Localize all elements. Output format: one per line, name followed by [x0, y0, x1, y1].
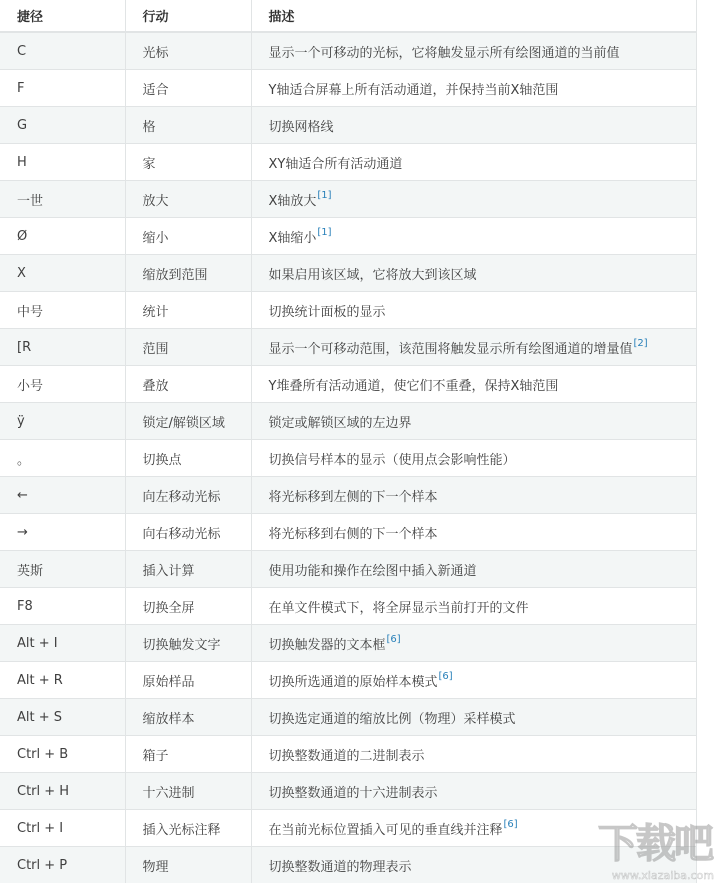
shortcut-cell: F8	[0, 588, 125, 625]
shortcut-cell: Ctrl + I	[0, 810, 125, 847]
description-text: 切换所选通道的原始样本模式	[269, 675, 438, 690]
action-cell: 切换触发文字	[125, 625, 251, 662]
table-row: 。切换点切换信号样本的显示（使用点会影响性能）	[0, 440, 696, 477]
action-cell: 放大	[125, 181, 251, 218]
table-row: G格切换网格线	[0, 107, 696, 144]
action-cell: 统计	[125, 292, 251, 329]
table-row: C光标显示一个可移动的光标，它将触发显示所有绘图通道的当前值	[0, 32, 696, 70]
shortcut-cell: ÿ	[0, 403, 125, 440]
shortcut-cell: [R	[0, 329, 125, 366]
description-text: 锁定或解锁区域的左边界	[269, 416, 412, 431]
table-row: [R范围显示一个可移动范围，该范围将触发显示所有绘图通道的增量值[2]	[0, 329, 696, 366]
table-row: Alt + S缩放样本切换选定通道的缩放比例（物理）采样模式	[0, 699, 696, 736]
description-text: XY轴适合所有活动通道	[269, 157, 403, 172]
table-row: 英斯插入计算使用功能和操作在绘图中插入新通道	[0, 551, 696, 588]
description-cell: 切换选定通道的缩放比例（物理）采样模式	[251, 699, 696, 736]
footnote-link[interactable]: [1]	[317, 227, 331, 238]
table-row: Ctrl + P物理切换整数通道的物理表示	[0, 847, 696, 883]
shortcut-cell: 一世	[0, 181, 125, 218]
description-cell: 切换网格线	[251, 107, 696, 144]
description-cell: 在当前光标位置插入可见的垂直线并注释[6]	[251, 810, 696, 847]
description-cell: X轴缩小[1]	[251, 218, 696, 255]
description-text: 切换整数通道的物理表示	[269, 860, 412, 875]
description-cell: XY轴适合所有活动通道	[251, 144, 696, 181]
description-cell: 切换整数通道的十六进制表示	[251, 773, 696, 810]
description-text: 切换信号样本的显示（使用点会影响性能）	[269, 453, 516, 468]
description-text: 切换整数通道的二进制表示	[269, 749, 425, 764]
shortcuts-table: 捷径 行动 描述 C光标显示一个可移动的光标，它将触发显示所有绘图通道的当前值F…	[0, 0, 697, 883]
description-cell: 如果启用该区域，它将放大到该区域	[251, 255, 696, 292]
description-text: 在当前光标位置插入可见的垂直线并注释	[269, 823, 503, 838]
action-cell: 范围	[125, 329, 251, 366]
header-description: 描述	[251, 0, 696, 32]
table-row: Alt + R原始样品切换所选通道的原始样本模式[6]	[0, 662, 696, 699]
table-row: ←向左移动光标将光标移到左侧的下一个样本	[0, 477, 696, 514]
shortcut-cell: Alt + R	[0, 662, 125, 699]
description-cell: 在单文件模式下，将全屏显示当前打开的文件	[251, 588, 696, 625]
table-row: Alt + I切换触发文字切换触发器的文本框[6]	[0, 625, 696, 662]
description-cell: 切换整数通道的二进制表示	[251, 736, 696, 773]
shortcut-cell: G	[0, 107, 125, 144]
description-cell: 将光标移到右侧的下一个样本	[251, 514, 696, 551]
footnote-link[interactable]: [1]	[317, 190, 331, 201]
description-text: 将光标移到右侧的下一个样本	[269, 527, 438, 542]
description-text: 将光标移到左侧的下一个样本	[269, 490, 438, 505]
shortcut-cell: →	[0, 514, 125, 551]
shortcut-cell: Ctrl + B	[0, 736, 125, 773]
description-text: 显示一个可移动范围，该范围将触发显示所有绘图通道的增量值	[269, 342, 633, 357]
description-text: X轴放大	[269, 194, 317, 209]
shortcut-cell: Ctrl + P	[0, 847, 125, 883]
table-row: X缩放到范围如果启用该区域，它将放大到该区域	[0, 255, 696, 292]
action-cell: 格	[125, 107, 251, 144]
shortcut-cell: F	[0, 70, 125, 107]
action-cell: 缩放到范围	[125, 255, 251, 292]
action-cell: 箱子	[125, 736, 251, 773]
shortcut-cell: 小号	[0, 366, 125, 403]
action-cell: 缩放样本	[125, 699, 251, 736]
description-cell: X轴放大[1]	[251, 181, 696, 218]
table-row: →向右移动光标将光标移到右侧的下一个样本	[0, 514, 696, 551]
description-cell: 切换所选通道的原始样本模式[6]	[251, 662, 696, 699]
shortcut-cell: Alt + S	[0, 699, 125, 736]
action-cell: 切换点	[125, 440, 251, 477]
action-cell: 适合	[125, 70, 251, 107]
shortcut-cell: 。	[0, 440, 125, 477]
footnote-link[interactable]: [6]	[387, 634, 401, 645]
shortcut-cell: 英斯	[0, 551, 125, 588]
description-text: 在单文件模式下，将全屏显示当前打开的文件	[269, 601, 529, 616]
description-cell: 切换触发器的文本框[6]	[251, 625, 696, 662]
description-text: 显示一个可移动的光标，它将触发显示所有绘图通道的当前值	[269, 46, 620, 61]
description-text: 如果启用该区域，它将放大到该区域	[269, 268, 477, 283]
table-row: F8切换全屏在单文件模式下，将全屏显示当前打开的文件	[0, 588, 696, 625]
table-row: Ø缩小X轴缩小[1]	[0, 218, 696, 255]
description-cell: 使用功能和操作在绘图中插入新通道	[251, 551, 696, 588]
action-cell: 物理	[125, 847, 251, 883]
table-row: 一世放大X轴放大[1]	[0, 181, 696, 218]
description-text: 使用功能和操作在绘图中插入新通道	[269, 564, 477, 579]
table-row: F适合Y轴适合屏幕上所有活动通道，并保持当前X轴范围	[0, 70, 696, 107]
action-cell: 插入光标注释	[125, 810, 251, 847]
table-row: 中号统计切换统计面板的显示	[0, 292, 696, 329]
shortcut-cell: Alt + I	[0, 625, 125, 662]
description-text: 切换整数通道的十六进制表示	[269, 786, 438, 801]
description-text: 切换网格线	[269, 120, 334, 135]
table-row: Ctrl + H十六进制切换整数通道的十六进制表示	[0, 773, 696, 810]
description-cell: 显示一个可移动范围，该范围将触发显示所有绘图通道的增量值[2]	[251, 329, 696, 366]
description-cell: Y堆叠所有活动通道，使它们不重叠，保持X轴范围	[251, 366, 696, 403]
table-row: H家XY轴适合所有活动通道	[0, 144, 696, 181]
description-cell: Y轴适合屏幕上所有活动通道，并保持当前X轴范围	[251, 70, 696, 107]
action-cell: 光标	[125, 32, 251, 70]
description-text: 切换选定通道的缩放比例（物理）采样模式	[269, 712, 516, 727]
header-shortcut: 捷径	[0, 0, 125, 32]
action-cell: 原始样品	[125, 662, 251, 699]
description-cell: 锁定或解锁区域的左边界	[251, 403, 696, 440]
shortcut-cell: H	[0, 144, 125, 181]
action-cell: 家	[125, 144, 251, 181]
action-cell: 插入计算	[125, 551, 251, 588]
description-text: X轴缩小	[269, 231, 317, 246]
shortcut-cell: C	[0, 32, 125, 70]
description-cell: 切换信号样本的显示（使用点会影响性能）	[251, 440, 696, 477]
table-row: Ctrl + B箱子切换整数通道的二进制表示	[0, 736, 696, 773]
table-row: Ctrl + I插入光标注释在当前光标位置插入可见的垂直线并注释[6]	[0, 810, 696, 847]
description-cell: 切换整数通道的物理表示	[251, 847, 696, 883]
shortcut-cell: X	[0, 255, 125, 292]
table-body: C光标显示一个可移动的光标，它将触发显示所有绘图通道的当前值F适合Y轴适合屏幕上…	[0, 32, 696, 883]
description-text: Y轴适合屏幕上所有活动通道，并保持当前X轴范围	[269, 83, 559, 98]
table-header-row: 捷径 行动 描述	[0, 0, 696, 32]
action-cell: 向右移动光标	[125, 514, 251, 551]
shortcut-cell: 中号	[0, 292, 125, 329]
description-text: Y堆叠所有活动通道，使它们不重叠，保持X轴范围	[269, 379, 559, 394]
action-cell: 十六进制	[125, 773, 251, 810]
shortcut-cell: Ø	[0, 218, 125, 255]
table-row: 小号叠放Y堆叠所有活动通道，使它们不重叠，保持X轴范围	[0, 366, 696, 403]
footnote-link[interactable]: [2]	[634, 338, 648, 349]
action-cell: 锁定/解锁区域	[125, 403, 251, 440]
description-cell: 显示一个可移动的光标，它将触发显示所有绘图通道的当前值	[251, 32, 696, 70]
action-cell: 叠放	[125, 366, 251, 403]
description-cell: 将光标移到左侧的下一个样本	[251, 477, 696, 514]
description-text: 切换触发器的文本框	[269, 638, 386, 653]
action-cell: 向左移动光标	[125, 477, 251, 514]
footnote-link[interactable]: [6]	[439, 671, 453, 682]
action-cell: 切换全屏	[125, 588, 251, 625]
header-action: 行动	[125, 0, 251, 32]
shortcut-cell: Ctrl + H	[0, 773, 125, 810]
shortcut-cell: ←	[0, 477, 125, 514]
footnote-link[interactable]: [6]	[504, 819, 518, 830]
description-cell: 切换统计面板的显示	[251, 292, 696, 329]
action-cell: 缩小	[125, 218, 251, 255]
description-text: 切换统计面板的显示	[269, 305, 386, 320]
table-row: ÿ锁定/解锁区域锁定或解锁区域的左边界	[0, 403, 696, 440]
